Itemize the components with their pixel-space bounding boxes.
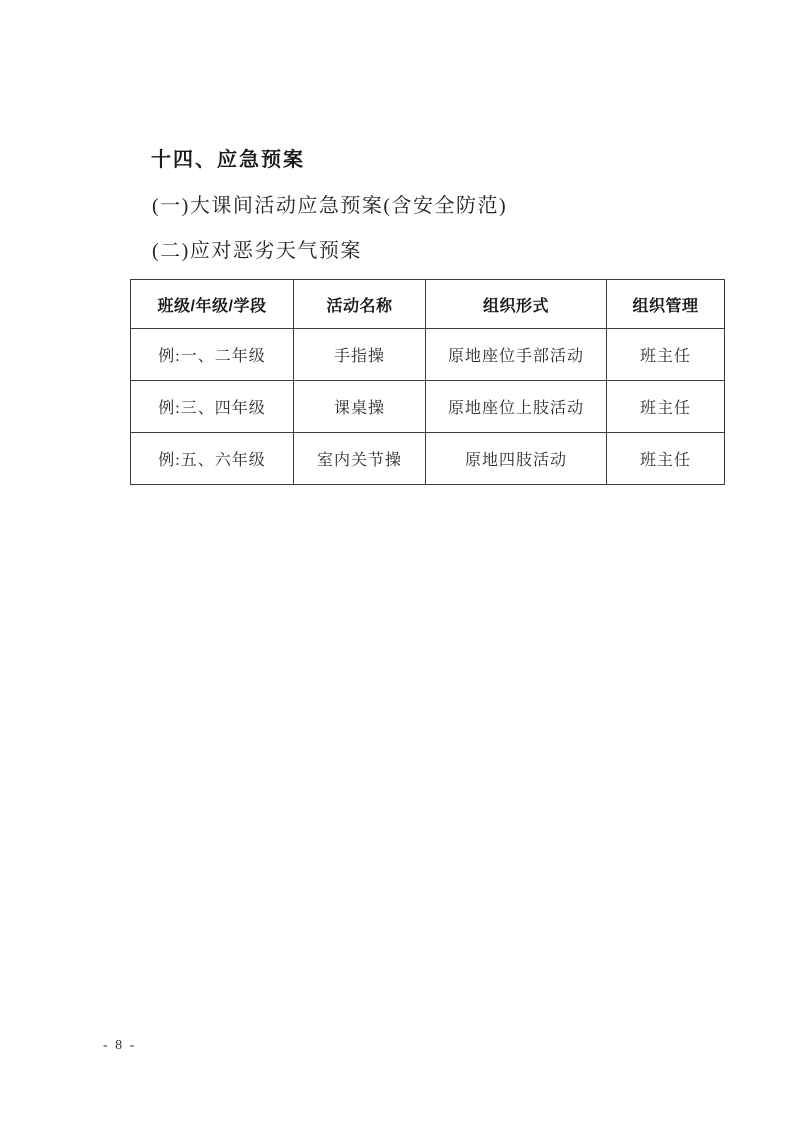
table-cell-grade: 例:三、四年级 — [131, 381, 294, 433]
table-cell-activity: 室内关节操 — [294, 433, 426, 485]
header-cell-activity: 活动名称 — [294, 280, 426, 329]
table-cell-format: 原地四肢活动 — [426, 433, 607, 485]
document-content: 十四、应急预案 (一)大课间活动应急预案(含安全防范) (二)应对恶劣天气预案 … — [130, 143, 724, 485]
paragraph-item-1: (一)大课间活动应急预案(含安全防范) — [152, 189, 724, 218]
table-cell-grade: 例:五、六年级 — [131, 433, 294, 485]
table-cell-management: 班主任 — [607, 329, 725, 381]
table-cell-grade: 例:一、二年级 — [131, 329, 294, 381]
table-row: 例:五、六年级 室内关节操 原地四肢活动 班主任 — [131, 433, 725, 485]
paragraph-item-2: (二)应对恶劣天气预案 — [152, 234, 724, 263]
table-cell-management: 班主任 — [607, 381, 725, 433]
table-row: 例:三、四年级 课桌操 原地座位上肢活动 班主任 — [131, 381, 725, 433]
activity-plan-table: 班级/年级/学段 活动名称 组织形式 组织管理 例:一、二年级 手指操 原地座位… — [130, 279, 725, 485]
document-page: 十四、应急预案 (一)大课间活动应急预案(含安全防范) (二)应对恶劣天气预案 … — [0, 0, 794, 1123]
table-header-row: 班级/年级/学段 活动名称 组织形式 组织管理 — [131, 280, 725, 329]
header-cell-grade: 班级/年级/学段 — [131, 280, 294, 329]
table-cell-management: 班主任 — [607, 433, 725, 485]
section-heading: 十四、应急预案 — [151, 143, 724, 172]
table-cell-format: 原地座位上肢活动 — [426, 381, 607, 433]
table-cell-activity: 手指操 — [294, 329, 426, 381]
page-number: - 8 - — [103, 1038, 136, 1054]
table-cell-format: 原地座位手部活动 — [426, 329, 607, 381]
table-row: 例:一、二年级 手指操 原地座位手部活动 班主任 — [131, 329, 725, 381]
header-cell-format: 组织形式 — [426, 280, 607, 329]
header-cell-management: 组织管理 — [607, 280, 725, 329]
table-cell-activity: 课桌操 — [294, 381, 426, 433]
